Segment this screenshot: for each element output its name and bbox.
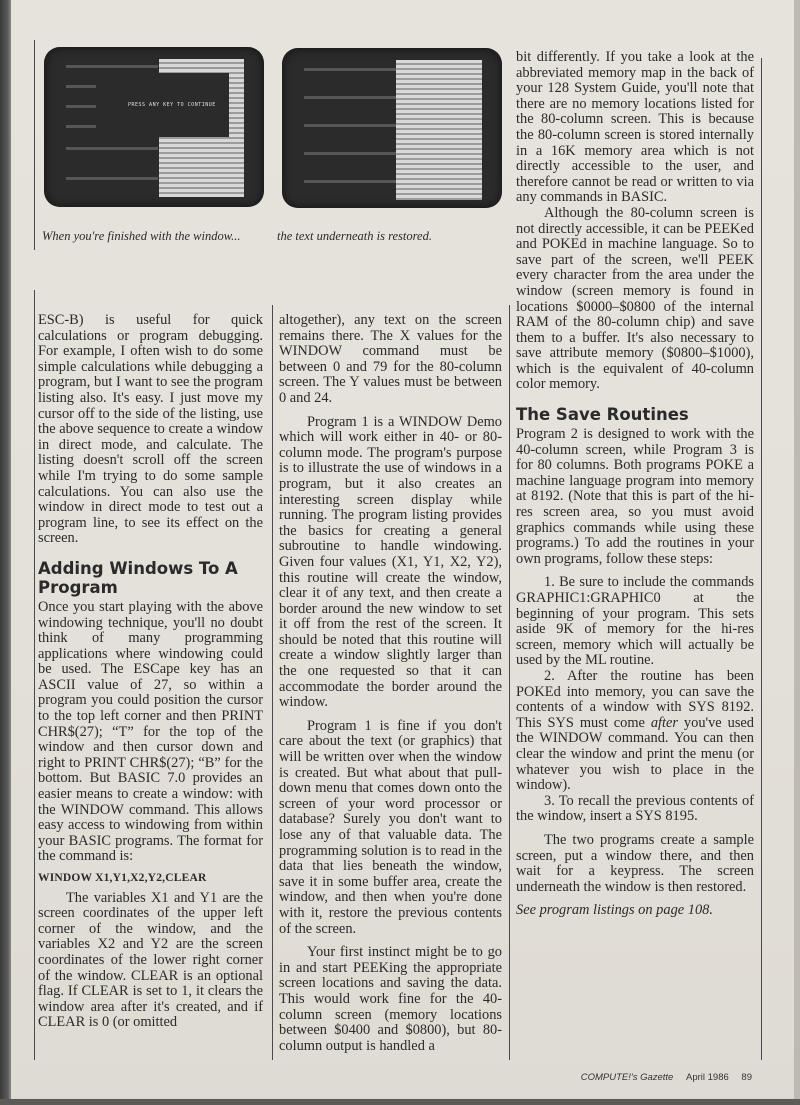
paragraph: Your first instinct might be to go in an… [279,945,502,1054]
paragraph: bit differently. If you take a look at t… [516,50,754,206]
photo-caption-right: the text underneath is restored. [277,229,432,244]
step-3: 3. To recall the previous contents of th… [516,794,754,825]
photo-row: PRESS ANY KEY TO CONTINUE [40,40,510,210]
article-column-3: bit differently. If you take a look at t… [516,50,754,919]
section-heading: The Save Routines [516,405,754,424]
article-column-1: ESC-B) is useful for quick calculations … [38,313,263,1031]
section-heading: Adding Windows To A Program [38,559,263,597]
photo-caption-left: When you're finished with the window... [42,229,241,244]
column-rule [34,290,35,1060]
command-syntax: WINDOW X1,Y1,X2,Y2,CLEAR [38,871,263,887]
paragraph: The variables X1 and Y1 are the screen c… [38,891,263,1031]
screen-message: PRESS ANY KEY TO CONTINUE [128,102,216,108]
paragraph: Once you start playing with the above wi… [38,600,263,865]
page-footer: COMPUTE!'s Gazette April 1986 89 [581,1072,752,1083]
scan-edge-left [0,0,11,1105]
paragraph: The two programs create a sample screen,… [516,833,754,895]
paragraph: Program 1 is fine if you don't care abou… [279,719,502,937]
column-rule [761,58,762,1060]
scan-edge-right [794,0,800,1105]
page-number: 89 [741,1072,752,1083]
paragraph: Program 1 is a WINDOW Demo which will wo… [279,415,502,711]
scan-edge-bottom [0,1099,800,1105]
paragraph: ESC-B) is useful for quick calculations … [38,313,263,547]
monitor-photo-window-restored [282,48,502,208]
step-1: 1. Be sure to include the commands GRAPH… [516,575,754,669]
magazine-name: COMPUTE!'s Gazette [581,1072,674,1083]
column-rule [34,40,35,250]
monitor-photo-window-open: PRESS ANY KEY TO CONTINUE [44,47,264,207]
step-2: 2. After the routine has been POKEd into… [516,669,754,794]
column-rule [509,305,510,1060]
column-rule [272,305,273,1060]
paragraph: altogether), any text on the screen rema… [279,313,502,407]
see-also-note: See program listings on page 108. [516,903,754,919]
article-column-2: altogether), any text on the screen rema… [279,313,502,1054]
issue-date: April 1986 [686,1072,729,1083]
paragraph: Although the 80-column screen is not dir… [516,206,754,393]
paragraph: Program 2 is designed to work with the 4… [516,427,754,567]
